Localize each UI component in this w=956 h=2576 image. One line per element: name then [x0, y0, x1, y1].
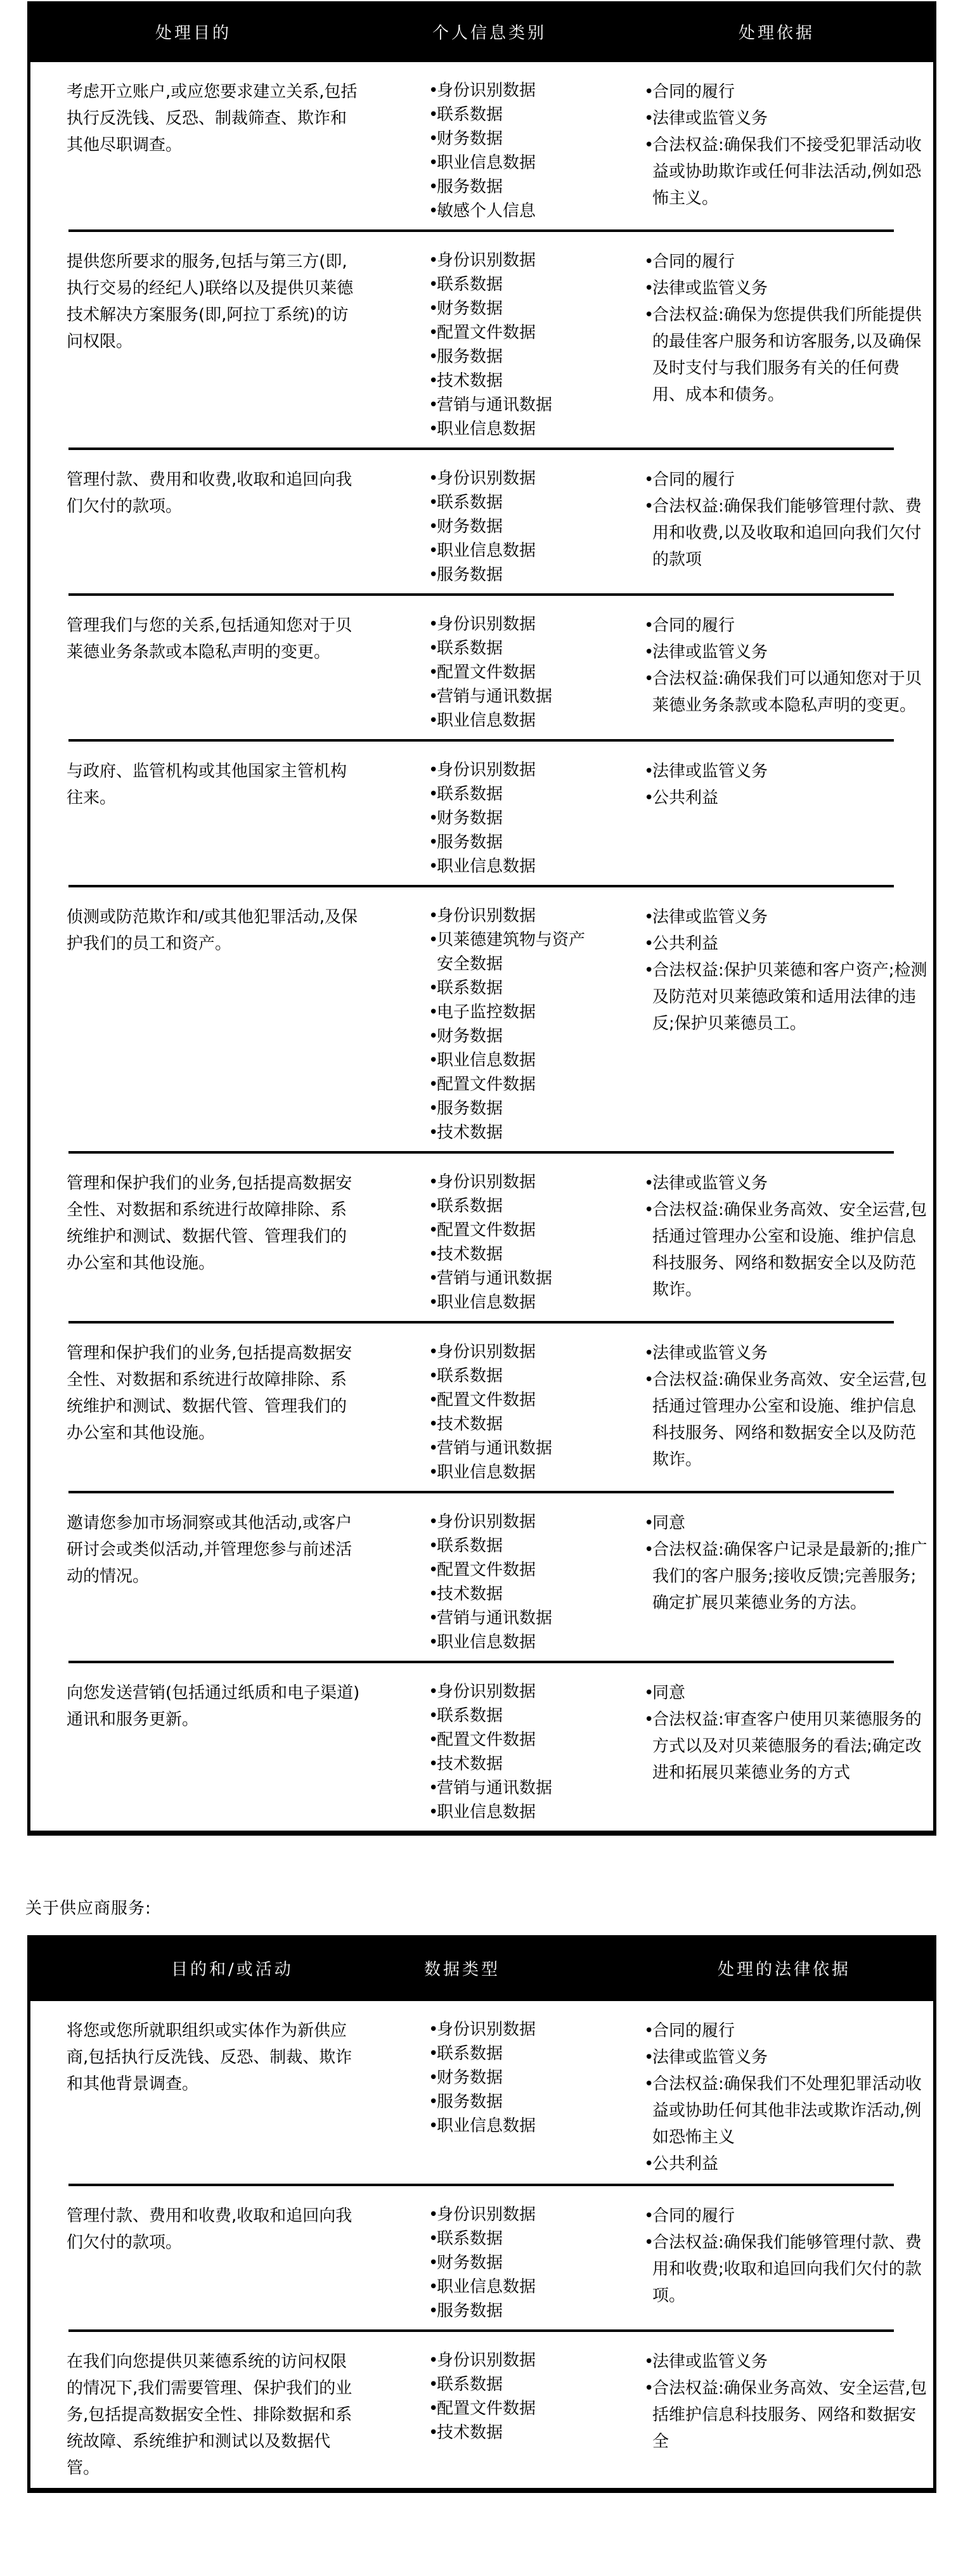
category-text: 营销与通讯数据 — [437, 1439, 552, 1458]
category-text: 技术数据 — [437, 371, 503, 390]
category-item: •身份识别数据 — [429, 904, 644, 928]
category-text: 财务数据 — [437, 2253, 503, 2272]
bullet-icon: • — [429, 1582, 438, 1606]
category-item: •技术数据 — [429, 2421, 644, 2445]
category-cell: •身份识别数据•联系数据•财务数据•职业信息数据•服务数据 — [429, 467, 644, 587]
category-item: •职业信息数据 — [429, 1800, 644, 1824]
basis-text: 法律或监管义务 — [652, 1344, 768, 1363]
basis-item: •合法权益:确保业务高效、安全运营,包括通过管理办公室和设施、维护信息科技服务、… — [644, 1367, 930, 1473]
basis-text: 合同的履行 — [652, 2021, 735, 2040]
category-item: •服务数据 — [429, 2090, 644, 2114]
category-text: 技术数据 — [437, 1123, 503, 1142]
bullet-icon: • — [429, 854, 438, 879]
category-text: 配置文件数据 — [437, 2399, 536, 2418]
basis-cell: •合同的履行•合法权益:确保我们能够管理付款、费用和收费,以及收取和追回向我们欠… — [644, 467, 933, 587]
category-text: 身份识别数据 — [437, 469, 536, 488]
column-header-basis: 处理依据 — [739, 20, 815, 44]
basis-item: •合同的履行 — [644, 2203, 930, 2229]
category-text: 营销与通讯数据 — [437, 396, 552, 415]
category-text: 职业信息数据 — [437, 711, 536, 730]
category-text: 电子监控数据 — [437, 1003, 536, 1022]
category-text: 配置文件数据 — [437, 1221, 536, 1240]
basis-item: •法律或监管义务 — [644, 2044, 930, 2071]
bullet-icon: • — [644, 1510, 654, 1536]
category-text: 配置文件数据 — [437, 323, 536, 342]
basis-text: 合法权益:审查客户使用贝莱德服务的方式以及对贝莱德服务的看法;确定改进和拓展贝莱… — [652, 1710, 922, 1782]
category-text: 职业信息数据 — [437, 1463, 536, 1482]
category-item: •联系数据 — [429, 1194, 644, 1218]
basis-text: 公共利益 — [652, 934, 718, 953]
vendor-table-body: 将您或您所就职组织或实体作为新供应商,包括执行反洗钱、反恐、制裁、欺诈和其他背景… — [30, 2001, 933, 2488]
bullet-icon: • — [429, 1388, 438, 1412]
basis-text: 合同的履行 — [652, 82, 735, 101]
bullet-icon: • — [429, 248, 438, 273]
category-text: 技术数据 — [437, 1585, 503, 1604]
bullet-icon: • — [429, 1680, 438, 1704]
basis-text: 法律或监管义务 — [652, 1174, 768, 1193]
bullet-icon: • — [644, 2348, 654, 2375]
basis-text: 合法权益:确保我们可以通知您对于贝莱德业务条款或本隐私声明的变更。 — [652, 669, 922, 715]
category-text: 身份识别数据 — [437, 81, 536, 100]
basis-cell: •合同的履行•合法权益:确保我们能够管理付款、费用和收费;收取和追回向我们欠付的… — [644, 2203, 933, 2323]
bullet-icon: • — [644, 2071, 654, 2097]
bullet-icon: • — [429, 1606, 438, 1630]
category-item: •身份识别数据 — [429, 758, 644, 782]
bullet-icon: • — [429, 2421, 438, 2445]
category-item: •配置文件数据 — [429, 1388, 644, 1412]
category-text: 营销与通讯数据 — [437, 1779, 552, 1798]
basis-cell: •同意•合法权益:审查客户使用贝莱德服务的方式以及对贝莱德服务的看法;确定改进和… — [644, 1680, 933, 1824]
category-item: •配置文件数据 — [429, 1072, 644, 1097]
bullet-icon: • — [429, 2275, 438, 2299]
bullet-icon: • — [429, 491, 438, 515]
basis-cell: •同意•合法权益:确保客户记录是最新的;推广我们的客户服务;接收反馈;完善服务;… — [644, 1510, 933, 1654]
category-text: 身份识别数据 — [437, 1343, 536, 1362]
basis-text: 合法权益:确保我们不接受犯罪活动收益或协助欺诈或任何非法活动,例如恐怖主义。 — [652, 136, 922, 208]
processing-table-header: 处理目的 个人信息类别 处理依据 — [30, 1, 933, 62]
column-header-purpose: 处理目的 — [155, 20, 231, 44]
category-item: •服务数据 — [429, 345, 644, 369]
category-item: •身份识别数据 — [429, 1170, 644, 1194]
bullet-icon: • — [429, 1752, 438, 1776]
table-row: 管理我们与您的关系,包括通知您对于贝莱德业务条款或本隐私声明的变更。•身份识别数… — [30, 596, 933, 739]
bullet-icon: • — [644, 785, 654, 811]
bullet-icon: • — [429, 1072, 438, 1097]
bullet-icon: • — [429, 1291, 438, 1315]
purpose-cell: 将您或您所就职组织或实体作为新供应商,包括执行反洗钱、反恐、制裁、欺诈和其他背景… — [67, 2018, 429, 2177]
bullet-icon: • — [429, 273, 438, 297]
category-text: 服务数据 — [437, 177, 503, 196]
category-item: •财务数据 — [429, 2066, 644, 2090]
bullet-icon: • — [429, 199, 438, 223]
bullet-icon: • — [644, 2151, 654, 2177]
bullet-icon: • — [429, 2299, 438, 2323]
vendor-table-header: 目的和/或活动 数据类型 处理的法律依据 — [30, 1935, 933, 2001]
category-text: 职业信息数据 — [437, 2277, 536, 2296]
basis-item: •合同的履行 — [644, 79, 930, 105]
bullet-icon: • — [644, 639, 654, 666]
category-cell: •身份识别数据•联系数据•财务数据•职业信息数据•服务数据•敏感个人信息 — [429, 79, 644, 223]
table-row: 管理和保护我们的业务,包括提高数据安全性、对数据和系统进行故障排除、系统维护和测… — [30, 1154, 933, 1321]
category-item: •配置文件数据 — [429, 2397, 644, 2421]
category-text: 身份识别数据 — [437, 1512, 536, 1531]
basis-text: 合同的履行 — [652, 616, 735, 635]
category-item: •技术数据 — [429, 1752, 644, 1776]
basis-cell: •合同的履行•法律或监管义务•合法权益:确保我们不处理犯罪活动收益或协助任何其他… — [644, 2018, 933, 2177]
bullet-icon: • — [429, 685, 438, 709]
bullet-icon: • — [644, 957, 654, 984]
category-item: •营销与通讯数据 — [429, 1606, 644, 1630]
basis-item: •合同的履行 — [644, 248, 930, 275]
bullet-icon: • — [429, 1534, 438, 1558]
category-text: 财务数据 — [437, 299, 503, 318]
bullet-icon: • — [644, 467, 654, 493]
bullet-icon: • — [429, 175, 438, 199]
category-item: •敏感个人信息 — [429, 199, 644, 223]
category-text: 配置文件数据 — [437, 663, 536, 682]
category-item: •联系数据 — [429, 1534, 644, 1558]
basis-text: 合法权益:确保业务高效、安全运营,包括维护信息科技服务、网络和数据安全 — [652, 2379, 927, 2451]
category-text: 配置文件数据 — [437, 1561, 536, 1580]
bullet-icon: • — [429, 1097, 438, 1121]
basis-text: 合法权益:确保业务高效、安全运营,包括通过管理办公室和设施、维护信息科技服务、网… — [652, 1370, 927, 1469]
category-cell: •身份识别数据•联系数据•配置文件数据•技术数据•营销与通讯数据•职业信息数据 — [429, 1340, 644, 1484]
purpose-cell: 侦测或防范欺诈和/或其他犯罪活动,及保护我们的员工和资产。 — [67, 904, 429, 1145]
category-item: •营销与通讯数据 — [429, 393, 644, 417]
bullet-icon: • — [429, 2090, 438, 2114]
category-text: 身份识别数据 — [437, 1173, 536, 1192]
vendor-services-heading: 关于供应商服务: — [25, 1895, 956, 1919]
basis-text: 同意 — [652, 1684, 685, 1703]
category-text: 服务数据 — [437, 2092, 503, 2111]
category-item: •联系数据 — [429, 636, 644, 660]
category-cell: •身份识别数据•联系数据•配置文件数据•营销与通讯数据•职业信息数据 — [429, 612, 644, 733]
basis-text: 法律或监管义务 — [652, 2352, 768, 2371]
category-text: 职业信息数据 — [437, 857, 536, 876]
category-item: •联系数据 — [429, 2227, 644, 2251]
table-row: 管理和保护我们的业务,包括提高数据安全性、对数据和系统进行故障排除、系统维护和测… — [30, 1323, 933, 1491]
category-item: •联系数据 — [429, 273, 644, 297]
category-text: 联系数据 — [437, 1536, 503, 1555]
basis-item: •同意 — [644, 1510, 930, 1536]
category-item: •服务数据 — [429, 563, 644, 587]
basis-item: •合法权益:确保我们不接受犯罪活动收益或协助欺诈或任何非法活动,例如恐怖主义。 — [644, 132, 930, 212]
bullet-icon: • — [429, 127, 438, 151]
category-text: 联系数据 — [437, 493, 503, 512]
category-text: 职业信息数据 — [437, 1803, 536, 1822]
basis-item: •法律或监管义务 — [644, 275, 930, 302]
basis-text: 合法权益:确保我们不处理犯罪活动收益或协助任何其他非法或欺诈活动,例如恐怖主义 — [652, 2075, 922, 2147]
category-item: •职业信息数据 — [429, 1630, 644, 1654]
basis-text: 公共利益 — [652, 2154, 718, 2173]
category-item: •身份识别数据 — [429, 612, 644, 636]
table-row: 考虑开立账户,或应您要求建立关系,包括执行反洗钱、反恐、制裁筛查、欺诈和其他尽职… — [30, 62, 933, 229]
column-header-activity: 目的和/或活动 — [171, 1957, 294, 1980]
bullet-icon: • — [429, 2397, 438, 2421]
bullet-icon: • — [429, 1630, 438, 1654]
category-text: 联系数据 — [437, 785, 503, 804]
bullet-icon: • — [644, 1536, 654, 1563]
basis-text: 合法权益:确保业务高效、安全运营,包括通过管理办公室和设施、维护信息科技服务、网… — [652, 1201, 927, 1299]
category-cell: •身份识别数据•联系数据•配置文件数据•技术数据•营销与通讯数据•职业信息数据 — [429, 1170, 644, 1315]
basis-text: 合同的履行 — [652, 252, 735, 271]
category-item: •职业信息数据 — [429, 1460, 644, 1484]
bullet-icon: • — [429, 467, 438, 491]
category-item: •身份识别数据 — [429, 2018, 644, 2042]
bullet-icon: • — [429, 393, 438, 417]
bullet-icon: • — [429, 1266, 438, 1291]
basis-item: •合法权益:确保我们可以通知您对于贝莱德业务条款或本隐私声明的变更。 — [644, 666, 930, 719]
table-row: 将您或您所就职组织或实体作为新供应商,包括执行反洗钱、反恐、制裁、欺诈和其他背景… — [30, 2001, 933, 2184]
bullet-icon: • — [644, 904, 654, 931]
bullet-icon: • — [429, 103, 438, 127]
bullet-icon: • — [429, 709, 438, 733]
category-text: 配置文件数据 — [437, 1730, 536, 1749]
bullet-icon: • — [429, 1704, 438, 1728]
table-row: 管理付款、费用和收费,收取和追回向我们欠付的款项。•身份识别数据•联系数据•财务… — [30, 2186, 933, 2329]
category-text: 职业信息数据 — [437, 1051, 536, 1070]
basis-cell: •合同的履行•法律或监管义务•合法权益:确保为您提供我们所能提供的最佳客户服务和… — [644, 248, 933, 441]
category-text: 职业信息数据 — [437, 2116, 536, 2135]
basis-cell: •法律或监管义务•公共利益 — [644, 758, 933, 879]
basis-cell: •法律或监管义务•合法权益:确保业务高效、安全运营,包括通过管理办公室和设施、维… — [644, 1340, 933, 1484]
bullet-icon: • — [429, 417, 438, 441]
basis-item: •公共利益 — [644, 785, 930, 811]
basis-cell: •合同的履行•法律或监管义务•合法权益:确保我们可以通知您对于贝莱德业务条款或本… — [644, 612, 933, 733]
bullet-icon: • — [429, 2348, 438, 2373]
category-item: •财务数据 — [429, 297, 644, 321]
category-item: •技术数据 — [429, 1242, 644, 1266]
table-row: 向您发送营销(包括通过纸质和电子渠道)通讯和服务更新。•身份识别数据•联系数据•… — [30, 1663, 933, 1831]
bullet-icon: • — [429, 612, 438, 636]
basis-item: •合法权益:确保业务高效、安全运营,包括通过管理办公室和设施、维护信息科技服务、… — [644, 1197, 930, 1303]
category-item: •配置文件数据 — [429, 321, 644, 345]
bullet-icon: • — [644, 248, 654, 275]
basis-text: 合法权益:确保我们能够管理付款、费用和收费,以及收取和追回向我们欠付的款项 — [652, 497, 922, 569]
basis-item: •公共利益 — [644, 931, 930, 957]
category-text: 财务数据 — [437, 129, 503, 148]
category-item: •职业信息数据 — [429, 151, 644, 175]
category-text: 联系数据 — [437, 2044, 503, 2063]
purpose-cell: 在我们向您提供贝莱德系统的访问权限的情况下,我们需要管理、保护我们的业务,包括提… — [67, 2348, 429, 2482]
bullet-icon: • — [429, 1510, 438, 1534]
category-item: •职业信息数据 — [429, 417, 644, 441]
category-text: 联系数据 — [437, 105, 503, 124]
basis-item: •法律或监管义务 — [644, 2348, 930, 2375]
bullet-icon: • — [429, 1218, 438, 1242]
category-text: 财务数据 — [437, 1027, 503, 1046]
column-header-legal-basis: 处理的法律依据 — [718, 1957, 851, 1980]
basis-item: •法律或监管义务 — [644, 639, 930, 666]
bullet-icon: • — [644, 2018, 654, 2044]
category-text: 技术数据 — [437, 2423, 503, 2442]
basis-item: •合法权益:确保业务高效、安全运营,包括维护信息科技服务、网络和数据安全 — [644, 2375, 930, 2455]
category-text: 营销与通讯数据 — [437, 687, 552, 706]
bullet-icon: • — [429, 1776, 438, 1800]
category-item: •身份识别数据 — [429, 79, 644, 103]
category-text: 联系数据 — [437, 639, 503, 658]
category-item: •职业信息数据 — [429, 2114, 644, 2138]
table-row: 与政府、监管机构或其他国家主管机构往来。•身份识别数据•联系数据•财务数据•服务… — [30, 742, 933, 885]
basis-item: •合法权益:确保我们能够管理付款、费用和收费,以及收取和追回向我们欠付的款项 — [644, 493, 930, 573]
category-item: •联系数据 — [429, 976, 644, 1000]
bullet-icon: • — [429, 904, 438, 928]
bullet-icon: • — [644, 931, 654, 957]
category-item: •服务数据 — [429, 830, 644, 854]
bullet-icon: • — [644, 79, 654, 105]
category-text: 营销与通讯数据 — [437, 1609, 552, 1628]
bullet-icon: • — [429, 563, 438, 587]
bullet-icon: • — [429, 2018, 438, 2042]
category-text: 财务数据 — [437, 517, 503, 536]
bullet-icon: • — [644, 105, 654, 132]
bullet-icon: • — [429, 1460, 438, 1484]
category-text: 服务数据 — [437, 2302, 503, 2321]
category-item: •联系数据 — [429, 1704, 644, 1728]
bullet-icon: • — [429, 1558, 438, 1582]
basis-cell: •法律或监管义务•公共利益•合法权益:保护贝莱德和客户资产;检测及防范对贝莱德政… — [644, 904, 933, 1145]
category-text: 身份识别数据 — [437, 2205, 536, 2224]
basis-item: •公共利益 — [644, 2151, 930, 2177]
column-header-categories: 个人信息类别 — [432, 20, 546, 44]
category-item: •身份识别数据 — [429, 2348, 644, 2373]
category-item: •配置文件数据 — [429, 1218, 644, 1242]
basis-item: •合法权益:确保客户记录是最新的;推广我们的客户服务;接收反馈;完善服务;确定扩… — [644, 1536, 930, 1616]
category-text: 技术数据 — [437, 1755, 503, 1774]
basis-text: 法律或监管义务 — [652, 279, 768, 298]
category-text: 身份识别数据 — [437, 1682, 536, 1701]
category-item: •职业信息数据 — [429, 1048, 644, 1072]
category-text: 联系数据 — [437, 1197, 503, 1216]
category-text: 技术数据 — [437, 1245, 503, 1264]
basis-text: 合法权益:确保我们能够管理付款、费用和收费;收取和追回向我们欠付的款项。 — [652, 2233, 922, 2305]
category-item: •联系数据 — [429, 103, 644, 127]
basis-item: •法律或监管义务 — [644, 758, 930, 785]
category-item: •职业信息数据 — [429, 1291, 644, 1315]
category-text: 职业信息数据 — [437, 153, 536, 172]
bullet-icon: • — [429, 1121, 438, 1145]
basis-text: 合法权益:确保为您提供我们所能提供的最佳客户服务和访客服务,以及确保及时支付与我… — [652, 306, 922, 404]
category-text: 联系数据 — [437, 1367, 503, 1386]
bullet-icon: • — [644, 1170, 654, 1197]
bullet-icon: • — [429, 928, 438, 952]
table-row: 邀请您参加市场洞察或其他活动,或客户研讨会或类似活动,并管理您参与前述活动的情况… — [30, 1493, 933, 1661]
category-cell: •身份识别数据•联系数据•财务数据•职业信息数据•服务数据 — [429, 2203, 644, 2323]
bullet-icon: • — [644, 493, 654, 520]
category-cell: •身份识别数据•联系数据•配置文件数据•技术数据 — [429, 2348, 644, 2482]
bullet-icon: • — [644, 2229, 654, 2256]
bullet-icon: • — [644, 302, 654, 328]
basis-item: •同意 — [644, 1680, 930, 1706]
category-text: 联系数据 — [437, 275, 503, 294]
category-item: •技术数据 — [429, 1121, 644, 1145]
category-item: •职业信息数据 — [429, 539, 644, 563]
bullet-icon: • — [644, 758, 654, 785]
category-item: •电子监控数据 — [429, 1000, 644, 1024]
basis-cell: •法律或监管义务•合法权益:确保业务高效、安全运营,包括维护信息科技服务、网络和… — [644, 2348, 933, 2482]
bullet-icon: • — [429, 1412, 438, 1436]
category-cell: •身份识别数据•联系数据•配置文件数据•技术数据•营销与通讯数据•职业信息数据 — [429, 1680, 644, 1824]
category-text: 财务数据 — [437, 809, 503, 828]
bullet-icon: • — [429, 976, 438, 1000]
category-text: 敏感个人信息 — [437, 202, 536, 221]
bullet-icon: • — [429, 345, 438, 369]
bullet-icon: • — [644, 612, 654, 639]
table-row: 提供您所要求的服务,包括与第三方(即,执行交易的经纪人)联络以及提供贝莱德技术解… — [30, 232, 933, 448]
category-cell: •身份识别数据•联系数据•财务数据•服务数据•职业信息数据 — [429, 2018, 644, 2177]
bullet-icon: • — [644, 2375, 654, 2402]
bullet-icon: • — [644, 1367, 654, 1393]
basis-item: •合同的履行 — [644, 467, 930, 493]
bullet-icon: • — [429, 1436, 438, 1460]
basis-text: 法律或监管义务 — [652, 109, 768, 128]
category-item: •联系数据 — [429, 782, 644, 806]
category-text: 配置文件数据 — [437, 1075, 536, 1094]
privacy-notice-page: 处理目的 个人信息类别 处理依据 考虑开立账户,或应您要求建立关系,包括执行反洗… — [0, 1, 956, 2537]
purpose-cell: 与政府、监管机构或其他国家主管机构往来。 — [67, 758, 429, 879]
category-item: •贝莱德建筑物与资产安全数据 — [429, 928, 644, 976]
category-text: 财务数据 — [437, 2068, 503, 2087]
bullet-icon: • — [429, 2373, 438, 2397]
bullet-icon: • — [429, 369, 438, 393]
bullet-icon: • — [644, 1197, 654, 1223]
bullet-icon: • — [429, 2227, 438, 2251]
category-item: •营销与通讯数据 — [429, 685, 644, 709]
purpose-cell: 向您发送营销(包括通过纸质和电子渠道)通讯和服务更新。 — [67, 1680, 429, 1824]
bullet-icon: • — [644, 132, 654, 158]
purpose-cell: 管理和保护我们的业务,包括提高数据安全性、对数据和系统进行故障排除、系统维护和测… — [67, 1340, 429, 1484]
bullet-icon: • — [429, 1242, 438, 1266]
category-item: •服务数据 — [429, 2299, 644, 2323]
purpose-cell: 考虑开立账户,或应您要求建立关系,包括执行反洗钱、反恐、制裁筛查、欺诈和其他尽职… — [67, 79, 429, 223]
bullet-icon: • — [429, 2114, 438, 2138]
category-item: •身份识别数据 — [429, 1340, 644, 1364]
category-item: •身份识别数据 — [429, 467, 644, 491]
basis-item: •法律或监管义务 — [644, 105, 930, 132]
bullet-icon: • — [644, 1340, 654, 1367]
bullet-icon: • — [429, 2251, 438, 2275]
basis-item: •合同的履行 — [644, 2018, 930, 2044]
basis-text: 合同的履行 — [652, 2206, 735, 2225]
basis-text: 合法权益:确保客户记录是最新的;推广我们的客户服务;接收反馈;完善服务;确定扩展… — [652, 1540, 927, 1613]
bullet-icon: • — [429, 636, 438, 660]
category-text: 技术数据 — [437, 1415, 503, 1434]
category-item: •身份识别数据 — [429, 2203, 644, 2227]
bullet-icon: • — [429, 1000, 438, 1024]
basis-cell: •法律或监管义务•合法权益:确保业务高效、安全运营,包括通过管理办公室和设施、维… — [644, 1170, 933, 1315]
category-text: 职业信息数据 — [437, 1293, 536, 1312]
category-text: 营销与通讯数据 — [437, 1269, 552, 1288]
basis-item: •法律或监管义务 — [644, 1340, 930, 1367]
category-item: •营销与通讯数据 — [429, 1776, 644, 1800]
category-text: 服务数据 — [437, 833, 503, 852]
purpose-cell: 管理付款、费用和收费,收取和追回向我们欠付的款项。 — [67, 2203, 429, 2323]
table-row: 侦测或防范欺诈和/或其他犯罪活动,及保护我们的员工和资产。•身份识别数据•贝莱德… — [30, 887, 933, 1151]
category-item: •身份识别数据 — [429, 1510, 644, 1534]
category-item: •职业信息数据 — [429, 2275, 644, 2299]
category-cell: •身份识别数据•联系数据•财务数据•服务数据•职业信息数据 — [429, 758, 644, 879]
category-text: 职业信息数据 — [437, 541, 536, 560]
bullet-icon: • — [429, 151, 438, 175]
category-cell: •身份识别数据•贝莱德建筑物与资产安全数据•联系数据•电子监控数据•财务数据•职… — [429, 904, 644, 1145]
basis-text: 法律或监管义务 — [652, 762, 768, 781]
bullet-icon: • — [429, 321, 438, 345]
basis-item: •法律或监管义务 — [644, 904, 930, 931]
table-row: 在我们向您提供贝莱德系统的访问权限的情况下,我们需要管理、保护我们的业务,包括提… — [30, 2332, 933, 2488]
basis-text: 合法权益:保护贝莱德和客户资产;检测及防范对贝莱德政策和适用法律的违反;保护贝莱… — [652, 961, 927, 1033]
category-item: •营销与通讯数据 — [429, 1436, 644, 1460]
purpose-cell: 邀请您参加市场洞察或其他活动,或客户研讨会或类似活动,并管理您参与前述活动的情况… — [67, 1510, 429, 1654]
